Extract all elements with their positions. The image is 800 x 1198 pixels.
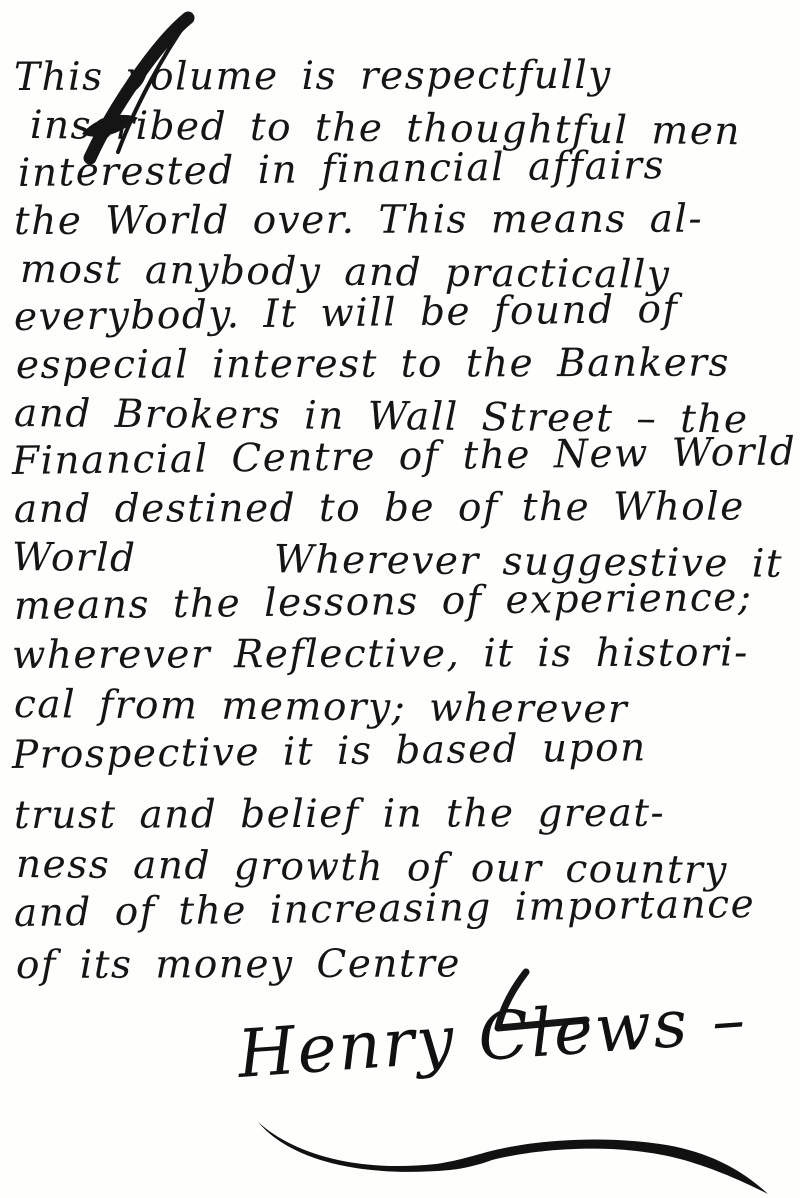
manuscript-line: Financial Centre of the New World (12, 432, 797, 481)
manuscript-line: This volume is respectfully (14, 56, 612, 97)
manuscript-line: interested in financial affairs (18, 146, 665, 193)
ink-flourish-signature-icon (240, 1108, 780, 1198)
manuscript-line: wherever Reflective, it is histori- (12, 633, 749, 675)
manuscript-line: the World over. This means al- (14, 200, 703, 241)
manuscript-line: everybody. It will be found of (14, 290, 679, 337)
signature-henry-clews: Henry Clews – (236, 987, 749, 1088)
manuscript-line: especial interest to the Bankers (16, 344, 730, 385)
manuscript-line: means the lessons of experience; (14, 578, 753, 626)
manuscript-line: and destined to be of the Whole (14, 487, 745, 529)
manuscript-line: cal from memory; wherever (14, 685, 629, 729)
manuscript-line: and of the increasing importance (14, 885, 756, 933)
manuscript-line: Prospective it is based upon (12, 728, 647, 775)
manuscript-page: This volume is respectfully inscribed to… (0, 0, 800, 1198)
manuscript-line: trust and belief in the great- (14, 794, 665, 835)
manuscript-line: of its money Centre (16, 944, 461, 985)
